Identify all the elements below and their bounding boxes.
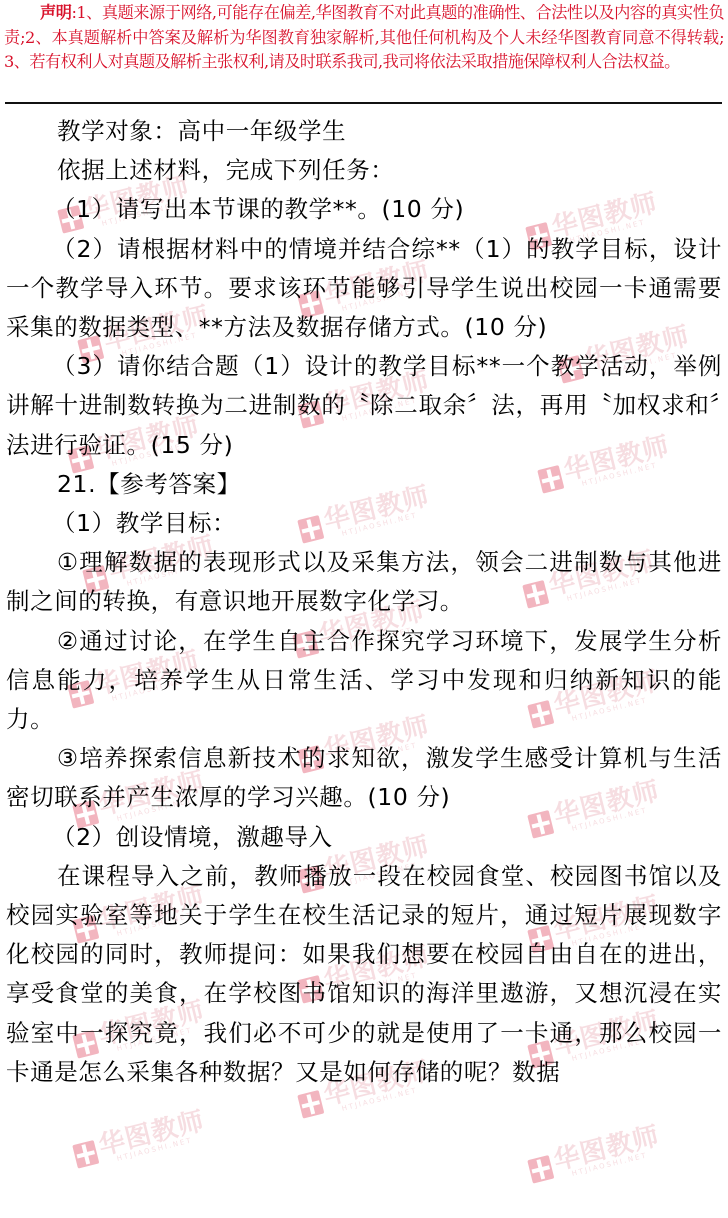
notice-label: 声明: [40, 3, 71, 22]
header-divider: [5, 102, 722, 104]
watermark-logo-icon: [72, 1140, 99, 1169]
goal-2: ②通过讨论，在学生自主合作探究学习环境下，发展学生分析信息能力，培养学生从日常生…: [6, 622, 722, 740]
task-2: （2）请根据材料中的情境并结合综**（1）的教学目标，设计一个教学导入环节。要求…: [6, 230, 722, 348]
task-intro: 依据上述材料，完成下列任务：: [6, 151, 722, 190]
task-3: （3）请你结合题（1）设计的教学目标**一个教学活动，举例讲解十进制数转换为二进…: [6, 347, 722, 465]
intro-description: 在课程导入之前，教师播放一段在校园食堂、校园图书馆以及校园实验室等地关于学生在校…: [6, 857, 722, 1092]
teaching-target: 教学对象：高中一年级学生: [6, 112, 722, 151]
watermark-logo-icon: [527, 1155, 554, 1184]
document-body: 教学对象：高中一年级学生 依据上述材料，完成下列任务： （1）请写出本节课的教学…: [6, 112, 722, 1092]
watermark-logo-icon: [297, 1090, 324, 1119]
goal-1: ①理解数据的表现形式以及采集方法，领会二进制数与其他进制之间的转换，有意识地开展…: [6, 543, 722, 621]
watermark: 华图教师HTJIAOSHI.NET: [526, 1123, 664, 1187]
task-1: （1）请写出本节课的教学**。(10 分): [6, 190, 722, 229]
notice-text: :1、真题来源于网络,可能存在偏差,华图教育不对此真题的准确性、合法性以及内容的…: [4, 3, 724, 71]
answer-2-heading: （2）创设情境，激趣导入: [6, 818, 722, 857]
watermark: 华图教师HTJIAOSHI.NET: [71, 1108, 209, 1172]
answer-1-heading: （1）教学目标：: [6, 504, 722, 543]
goal-3: ③培养探索信息新技术的求知欲，激发学生感受计算机与生活密切联系并产生浓厚的学习兴…: [6, 739, 722, 817]
copyright-notice: 声明:1、真题来源于网络,可能存在偏差,华图教育不对此真题的准确性、合法性以及内…: [4, 1, 724, 75]
answer-heading: 21.【参考答案】: [6, 465, 722, 504]
